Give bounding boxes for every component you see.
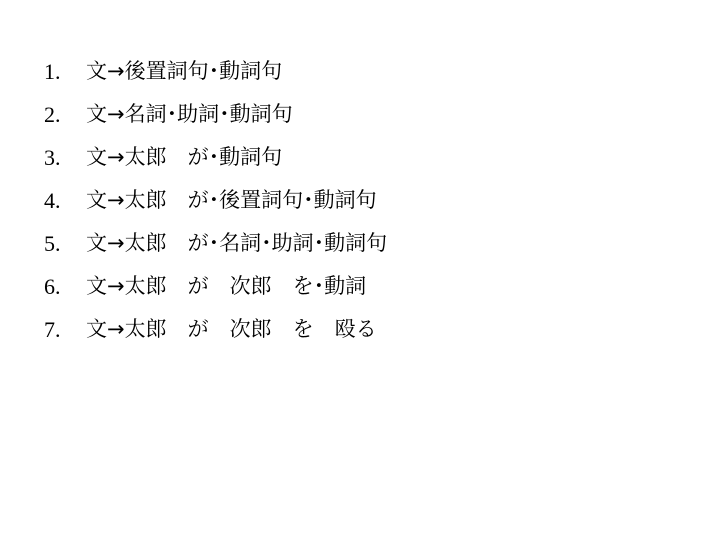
item-text: 文→太郎 が･動詞句 — [86, 147, 282, 168]
item-number: 7. — [44, 319, 86, 341]
item-text: 文→太郎 が 次郎 を･動詞 — [86, 276, 366, 297]
derivation-list: 1. 文→後置詞句･動詞句 2. 文→名詞･助詞･動詞句 3. 文→太郎 が･動… — [44, 50, 387, 351]
item-number: 5. — [44, 233, 86, 255]
item-text: 文→後置詞句･動詞句 — [86, 61, 282, 82]
item-number: 2. — [44, 104, 86, 126]
list-item: 3. 文→太郎 が･動詞句 — [44, 136, 387, 179]
list-item: 5. 文→太郎 が･名詞･助詞･動詞句 — [44, 222, 387, 265]
list-item: 2. 文→名詞･助詞･動詞句 — [44, 93, 387, 136]
slide: 1. 文→後置詞句･動詞句 2. 文→名詞･助詞･動詞句 3. 文→太郎 が･動… — [0, 0, 720, 540]
list-item: 1. 文→後置詞句･動詞句 — [44, 50, 387, 93]
item-text: 文→太郎 が 次郎 を 殴る — [86, 319, 377, 340]
list-item: 4. 文→太郎 が･後置詞句･動詞句 — [44, 179, 387, 222]
item-number: 4. — [44, 190, 86, 212]
item-number: 1. — [44, 61, 86, 83]
item-text: 文→太郎 が･名詞･助詞･動詞句 — [86, 233, 387, 254]
list-item: 6. 文→太郎 が 次郎 を･動詞 — [44, 265, 387, 308]
list-item: 7. 文→太郎 が 次郎 を 殴る — [44, 308, 387, 351]
item-number: 6. — [44, 276, 86, 298]
item-text: 文→太郎 が･後置詞句･動詞句 — [86, 190, 377, 211]
item-text: 文→名詞･助詞･動詞句 — [86, 104, 293, 125]
item-number: 3. — [44, 147, 86, 169]
